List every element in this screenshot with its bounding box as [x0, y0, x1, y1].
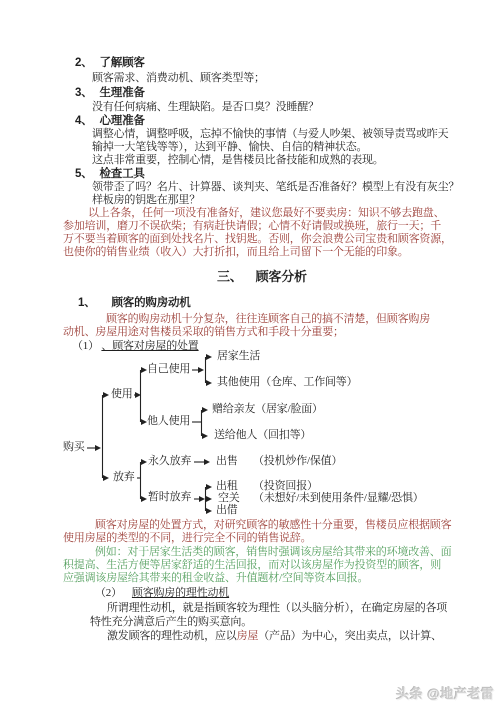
- list-item-2-heading: 2、了解顾客: [75, 57, 145, 70]
- tree-node-others-use: 他人使用: [147, 415, 190, 428]
- list-item-4-heading: 4、心理准备: [75, 115, 145, 128]
- list-item-3-title: 生理准备: [100, 87, 145, 99]
- tree-node-temporary-abandon: 暂时放弃: [148, 491, 191, 504]
- rational-line3-pre: 激发顾客的理性动机，应以: [107, 630, 237, 642]
- list-item-2-number: 2、: [75, 57, 93, 69]
- section-heading-number: 三、: [217, 269, 243, 284]
- warning-paragraph-line1: 以上各条，任何一项没有准备好，建议您最好不要卖房：知识不够去跑盘、: [88, 207, 444, 220]
- list-item-5-body-line2: 样板房的钥匙在那里？: [92, 194, 200, 207]
- motive-intro-line1: 顾客的购房动机十分复杂，往往连顾客自己的搞不清楚，但顾客购房: [106, 313, 430, 326]
- list-item-2-title: 了解顾客: [100, 57, 145, 69]
- warning-paragraph-line4: 也使你的销售业绩（收入）大打折扣，而且给上司留下一个无能的印象。: [63, 246, 409, 259]
- sub2-title: 顾客购房的理性动机: [132, 587, 229, 599]
- list-item-3-number: 3、: [75, 87, 93, 99]
- example-paragraph-line3: 应强调该房屋给其带来的租金收益、升值题材/空间等资本回报。: [63, 572, 368, 585]
- rational-paragraph-line3: 激发顾客的理性动机，应以房屋（产品）为中心，突出卖点，以计算、: [107, 630, 442, 643]
- tree-leaf-lend: 出借: [216, 504, 238, 517]
- tree-leaf-other-use: 其他使用（仓库、工作间等）: [217, 376, 357, 389]
- tree-leaf-gift-others: 送给他人（回扣等）: [214, 429, 311, 442]
- list-item-4-body-line3: 这点非常重要，控制心情，是售楼员比备技能和成熟的表现。: [92, 154, 384, 167]
- list-item-4-body-line1: 调整心情，调整呼吸，忘掉不愉快的事情（与爱人吵架、被领导责骂或昨天: [92, 128, 448, 141]
- list-item-4-number: 4、: [75, 115, 93, 127]
- tree-node-permanent-abandon: 永久放弃: [148, 455, 191, 468]
- tree-leaf-sell: 出售: [216, 455, 238, 468]
- list-item-3-body: 没有任何病痛、生理缺陷。是否口臭？没睡醒？: [92, 101, 319, 114]
- list-item-4-body-line2: 输掉一大笔钱等等），达到平静、愉快、自信的精神状态。: [92, 141, 367, 154]
- section-heading: 三、顾客分析: [217, 270, 307, 283]
- document-page: 2、了解顾客 顾客需求、消费动机、顾客类型等； 3、生理准备 没有任何病痛、生理…: [0, 0, 500, 707]
- disposal-note-line2: 使用房屋的类型的不同，进行完全不同的销售说辞。: [63, 532, 311, 545]
- warning-paragraph-line3: 万不要当着顾客的面到处找名片、找钥匙。否则，你会浪费公司宝贵和顾客资源，: [63, 233, 452, 246]
- list-item-3-heading: 3、生理准备: [75, 87, 145, 100]
- sub2-heading: （2）顾客购房的理性动机: [95, 587, 229, 600]
- example-paragraph-line1: 例如：对于居家生活类的顾客，销售时强调该房屋给其带来的环境改善、面: [95, 546, 451, 559]
- list-item-4-title: 心理准备: [100, 115, 145, 127]
- toutiao-watermark: 头条 @地产老雷: [396, 683, 494, 702]
- tree-node-self-use: 自己使用: [147, 363, 190, 376]
- subsection-1-title: 顾客的购房动机: [112, 297, 191, 309]
- tree-leaf-vacant-note: （未想好/未到使用条件/显耀/恐惧）: [253, 492, 424, 505]
- sub2-number: （2）: [95, 587, 122, 599]
- list-item-5-title: 检查工具: [100, 168, 145, 180]
- rational-line3-highlight: 房屋: [237, 630, 259, 642]
- example-paragraph-line2: 积提高、生活方便等居家舒适的生活回报，而对以该房屋作为投资型的顾客，则: [63, 559, 441, 572]
- rational-paragraph-line2: 特性充分满意后产生的购买意向。: [90, 616, 252, 629]
- tree-leaf-gift-relatives: 赠给亲友（居家/脸面）: [212, 403, 323, 416]
- subsection-1-heading: 1、顾客的购房动机: [78, 297, 191, 310]
- list-item-2-body: 顾客需求、消费动机、顾客类型等；: [92, 72, 265, 85]
- list-item-5-heading: 5、检查工具: [75, 168, 145, 181]
- list-item-5-body-line1: 领带歪了吗？名片、计算器、谈判夹、笔纸是否准备好？模型上有没有灰尘？: [92, 181, 459, 194]
- subsection-1-number: 1、: [78, 297, 96, 309]
- warning-paragraph-line2: 参加培训，磨刀不误砍柴；有病赶快请假；心情不好请假或换班，旅行一天；千: [63, 220, 441, 233]
- tree-node-abandon: 放弃: [113, 471, 135, 484]
- tree-leaf-home-life: 居家生活: [217, 350, 260, 363]
- motive-intro-line2: 动机、房屋用途对售楼员采取的销售方式和手段十分重要；: [63, 326, 344, 339]
- disposal-note-line1: 顾客对房屋的处置方式，对研究顾客的敏感性十分重要，售楼员应根据顾客: [95, 519, 451, 532]
- list-item-5-number: 5、: [75, 168, 93, 180]
- section-heading-title: 顾客分析: [256, 269, 307, 284]
- tree-node-use: 使用: [111, 388, 133, 401]
- tree-node-buy: 购买: [63, 441, 85, 454]
- rational-line3-post: （产品）为中心，突出卖点，以计算、: [258, 630, 442, 642]
- rational-paragraph-line1: 所谓理性动机，就是指顾客较为理性（以头脑分析），在确定房屋的各项: [107, 602, 447, 615]
- tree-leaf-sell-note: （投机炒作/保值）: [253, 455, 342, 468]
